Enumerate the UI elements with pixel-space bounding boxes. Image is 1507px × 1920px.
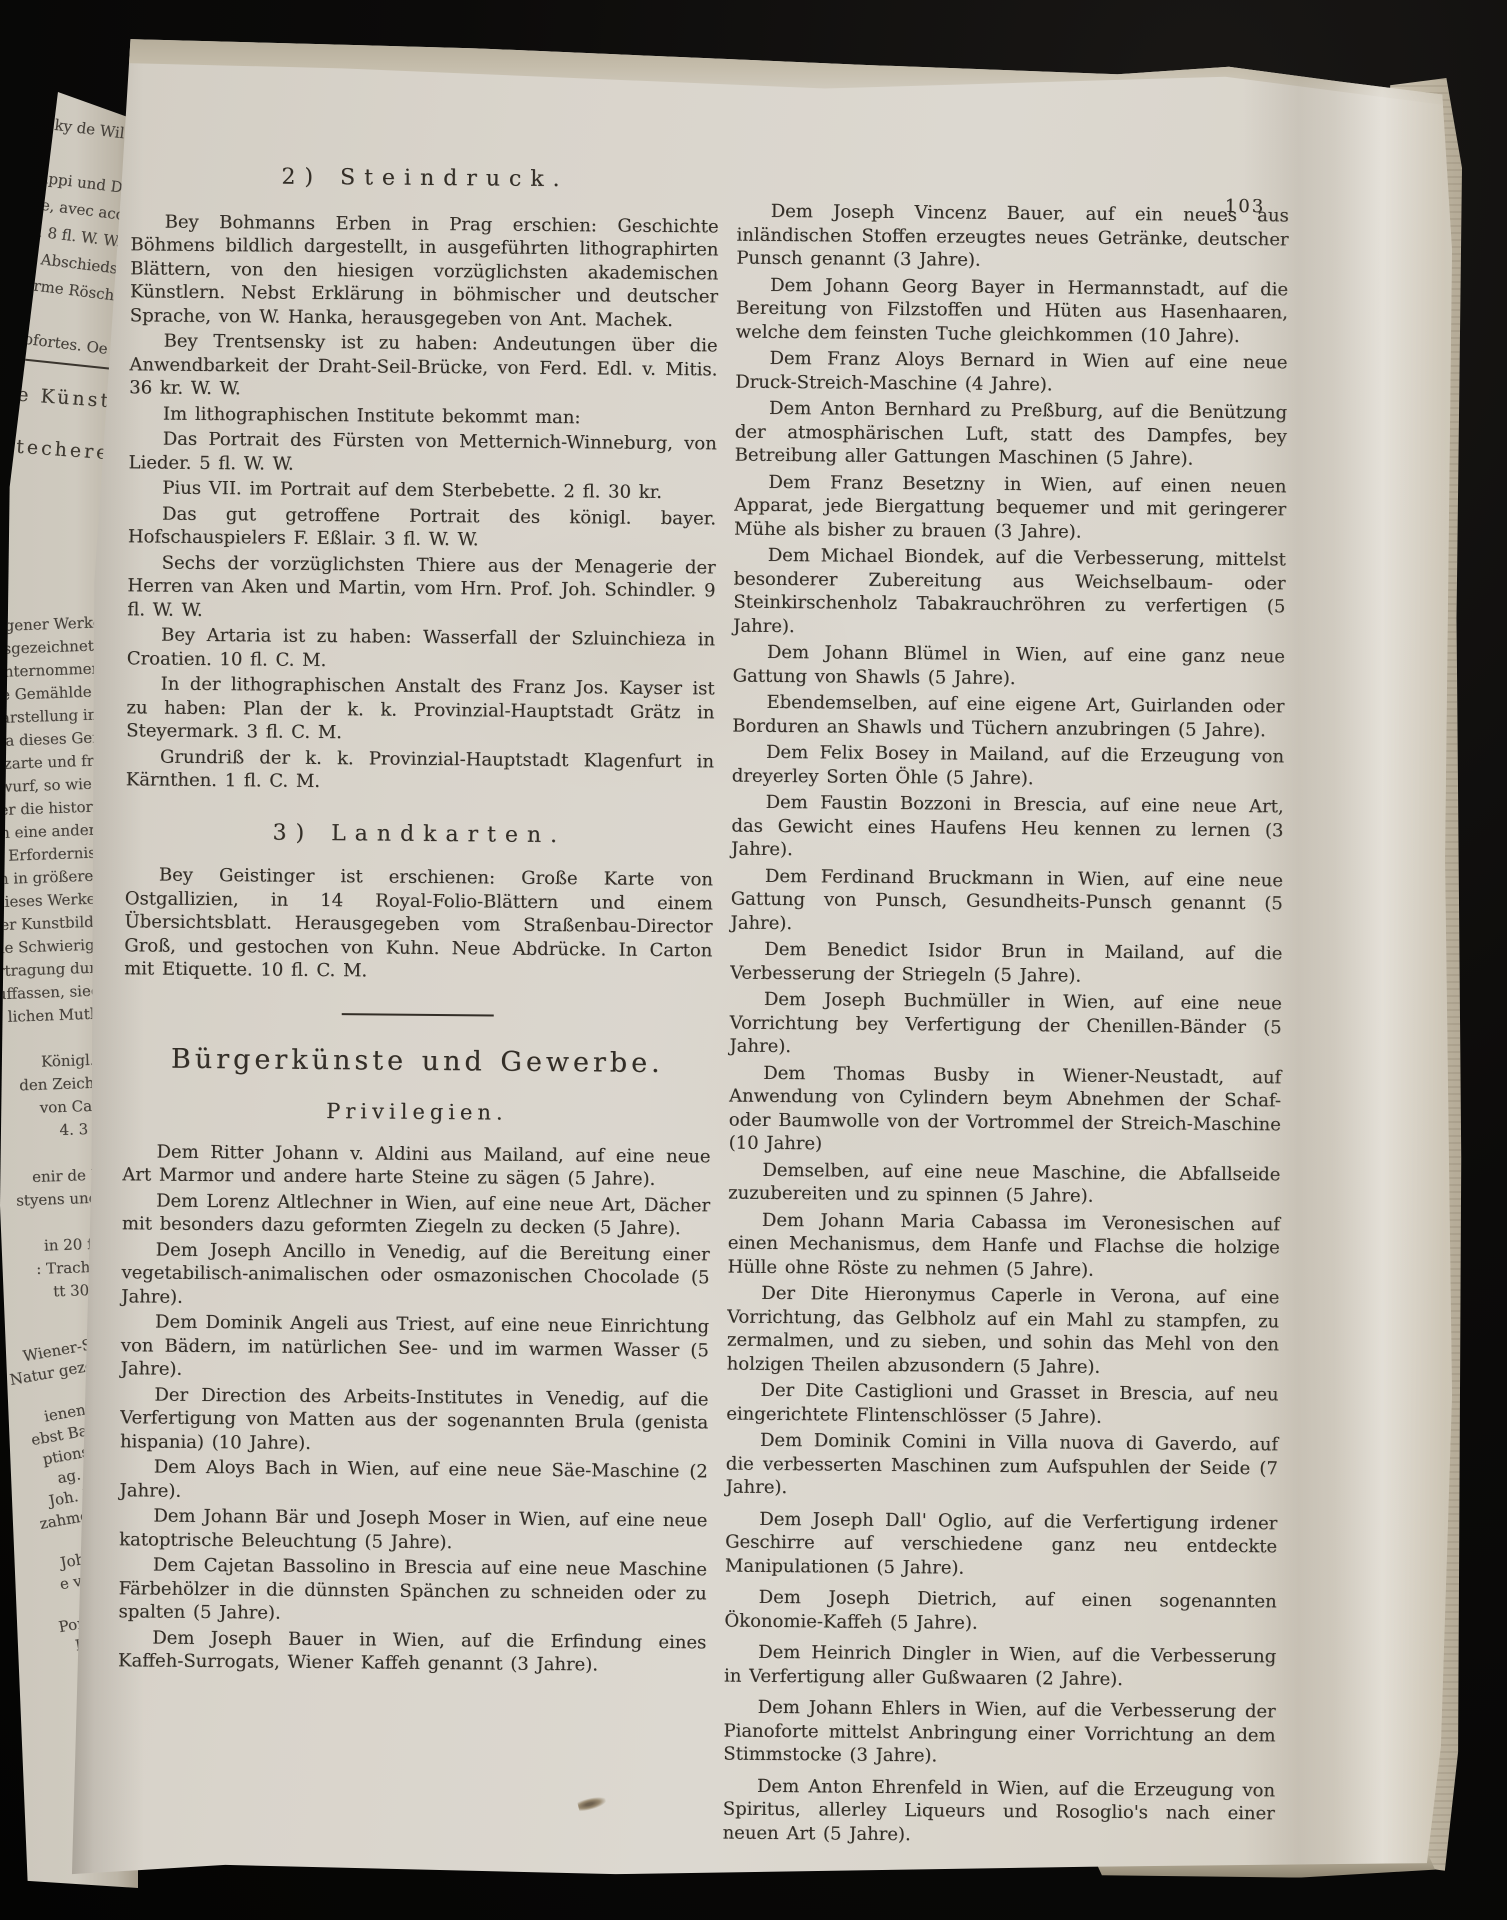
paragraph: Dem Ritter Johann v. Aldini aus Mailand,… xyxy=(122,1140,710,1192)
paragraph: Dem Cajetan Bassolino in Brescia auf ein… xyxy=(118,1553,707,1629)
privilegien-paragraphs-right: Dem Joseph Vincenz Bauer, auf ein neues … xyxy=(723,200,1289,1850)
paragraph: Dem Dominik Comini in Villa nuova di Gav… xyxy=(726,1429,1279,1504)
steindruck-paragraphs: Bey Bohmanns Erben in Prag erschien: Ges… xyxy=(126,210,719,797)
subheading-privilegien: Privilegien. xyxy=(123,1098,711,1127)
paragraph: Pius VII. im Portrait auf dem Sterbebett… xyxy=(128,476,716,505)
paragraph: Dem Franz Besetzny in Wien, auf einen ne… xyxy=(734,470,1287,545)
section-divider-rule xyxy=(342,1013,494,1016)
paragraph: Bey Artaria ist zu haben: Wasserfall der… xyxy=(127,623,715,675)
paragraph: Dem Anton Bernhard zu Preßburg, auf die … xyxy=(735,397,1288,472)
paragraph: Dem Heinrich Dingler in Wien, auf die Ve… xyxy=(724,1641,1276,1693)
paragraph: Dem Joseph Vincenz Bauer, auf ein neues … xyxy=(736,200,1289,275)
paragraph: Ebendemselben, auf eine eigene Art, Guir… xyxy=(732,691,1284,743)
paragraph: Dem Joseph Ancillo in Venedig, auf die B… xyxy=(121,1238,710,1314)
paragraph: Dem Aloys Bach in Wien, auf eine neue Sä… xyxy=(119,1455,707,1507)
right-column: Dem Joseph Vincenz Bauer, auf ein neues … xyxy=(722,200,1288,1853)
paragraph: Dem Joseph Dall' Oglio, auf die Verferti… xyxy=(725,1507,1278,1582)
chapter-heading-buergerkuenste: Bürgerkünste und Gewerbe. xyxy=(123,1047,711,1076)
paragraph: Demselben, auf eine neue Maschine, die A… xyxy=(728,1158,1280,1210)
paragraph: Das gut getroffene Portrait des königl. … xyxy=(128,502,716,554)
landkarten-paragraphs: Bey Geistinger ist erschienen: Große Kar… xyxy=(124,863,713,986)
paragraph: Der Dite Castiglioni und Grasset in Bres… xyxy=(726,1379,1278,1431)
paragraph: Dem Ferdinand Bruckmann in Wien, auf ein… xyxy=(730,864,1283,939)
paragraph: Bey Bohmanns Erben in Prag erschien: Ges… xyxy=(130,210,719,333)
paragraph: Der Dite Hieronymus Caperle in Verona, a… xyxy=(727,1282,1280,1381)
paragraph: Dem Johann Bär und Joseph Moser in Wien,… xyxy=(119,1504,707,1556)
paragraph: Im lithographischen Institute bekommt ma… xyxy=(129,402,717,431)
paragraph: Sechs der vorzüglichsten Thiere aus der … xyxy=(127,551,716,627)
paragraph: Dem Joseph Bauer in Wien, auf die Erfind… xyxy=(118,1626,706,1678)
printed-content: 103 2) Steindruck. Bey Bohmanns Erben in… xyxy=(42,28,1452,1888)
paragraph: Das Portrait des Fürsten von Metternich-… xyxy=(128,427,716,479)
privilegien-paragraphs-left: Dem Ritter Johann v. Aldini aus Mailand,… xyxy=(118,1140,711,1678)
book-photo: ron Wodniansky de Wildaus: Bey Cappi und… xyxy=(0,0,1507,1920)
book-page: 103 2) Steindruck. Bey Bohmanns Erben in… xyxy=(58,28,1452,1876)
section-heading-steindruck: 2) Steindruck. xyxy=(131,164,719,193)
section-heading-landkarten: 3) Landkarten. xyxy=(125,820,713,849)
paragraph: Dem Joseph Dietrich, auf einen sogenannt… xyxy=(724,1586,1276,1638)
paragraph: Dem Franz Aloys Bernard in Wien auf eine… xyxy=(735,347,1287,399)
paragraph: Dem Faustin Bozzoni in Brescia, auf eine… xyxy=(731,791,1284,866)
paragraph: Dem Joseph Buchmüller in Wien, auf eine … xyxy=(729,988,1282,1063)
paragraph: Dem Johann Georg Bayer in Hermannstadt, … xyxy=(736,273,1289,348)
paragraph: Bey Geistinger ist erschienen: Große Kar… xyxy=(124,863,713,986)
left-column: 2) Steindruck. Bey Bohmanns Erben in Pra… xyxy=(118,160,719,1680)
paragraph: Bey Trentsensky ist zu haben: Andeutunge… xyxy=(129,329,718,405)
paragraph: Dem Michael Biondek, auf die Verbesserun… xyxy=(733,544,1286,643)
paragraph: Dem Thomas Busby in Wiener-Neustadt, auf… xyxy=(729,1061,1282,1160)
paragraph: Dem Lorenz Altlechner in Wien, auf eine … xyxy=(122,1189,710,1241)
paragraph: Grundriß der k. k. Provinzial-Hauptstadt… xyxy=(126,745,714,797)
paragraph: Der Direction des Arbeits-Institutes in … xyxy=(120,1383,709,1459)
paragraph: Dem Dominik Angeli aus Triest, auf eine … xyxy=(121,1310,710,1386)
paragraph: In der lithographischen Anstalt des Fran… xyxy=(126,672,715,748)
paragraph: Dem Johann Ehlers in Wien, auf die Verbe… xyxy=(723,1696,1276,1771)
paragraph: Dem Benedict Isidor Brun in Mailand, auf… xyxy=(730,938,1282,990)
paragraph: Dem Johann Blümel in Wien, auf eine ganz… xyxy=(733,641,1285,693)
paragraph: Dem Johann Maria Cabassa im Veronesische… xyxy=(727,1208,1280,1283)
paragraph: Dem Felix Bosey in Mailand, auf die Erze… xyxy=(732,741,1284,793)
paragraph: Dem Anton Ehrenfeld in Wien, auf die Erz… xyxy=(723,1774,1276,1849)
